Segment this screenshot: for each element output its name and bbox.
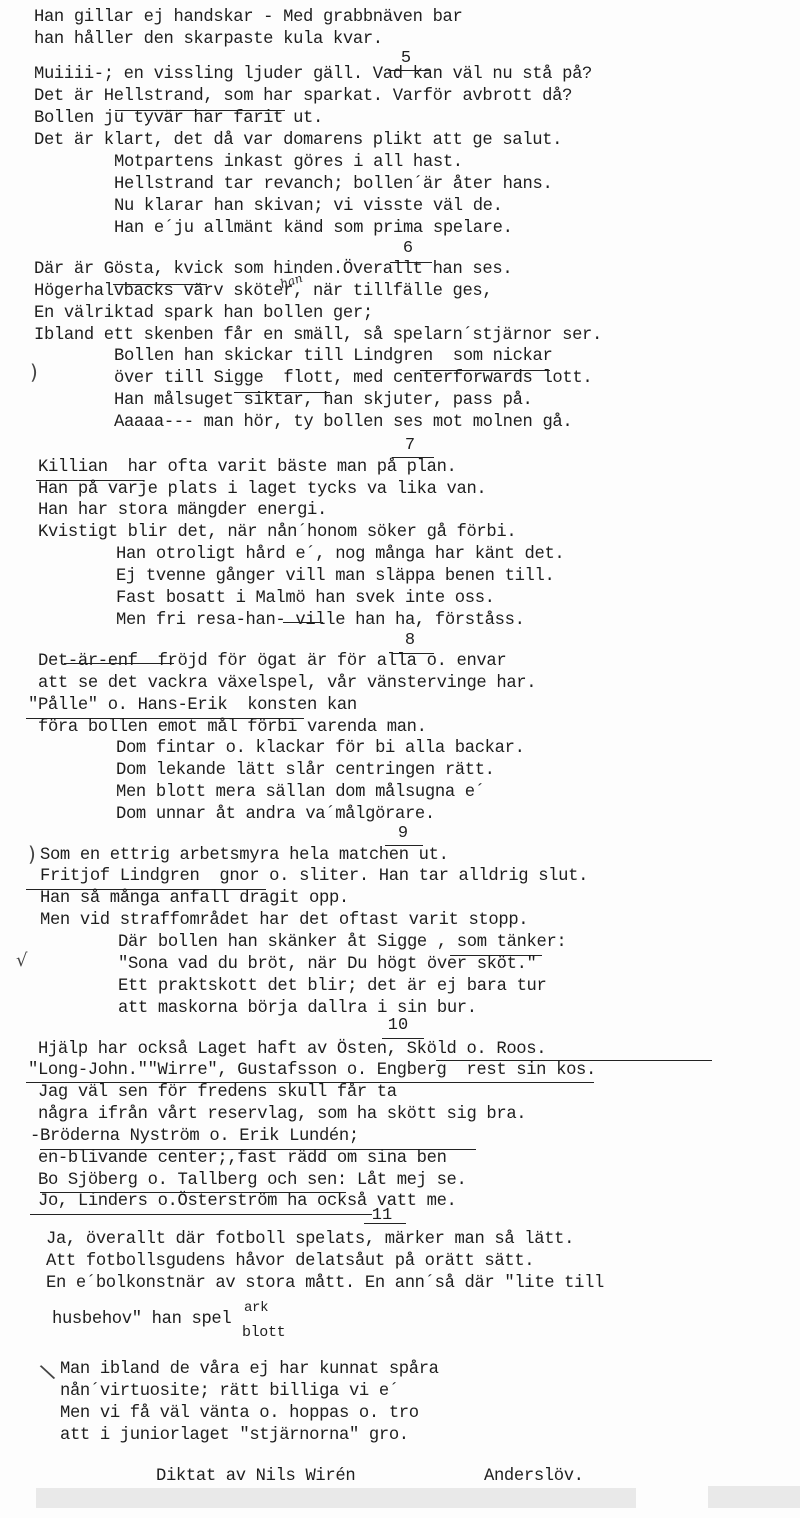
poem-line: Det är klart, det då var domarens plikt … xyxy=(34,131,562,151)
poem-line: Ja, överallt där fotboll spelats, märker… xyxy=(46,1230,574,1250)
margin-check-mark: √ xyxy=(16,950,27,971)
stanza-number: 8 xyxy=(390,632,430,650)
poem-line: -Bröderna Nyström o. Erik Lundén; xyxy=(30,1127,359,1147)
poem-line: att se det vackra växelspel, vår vänster… xyxy=(38,674,536,694)
poem-line: Bollen ju tyvär har farit ut. xyxy=(34,109,323,129)
poem-line: Att fotbollsgudens håvor delatsåut på or… xyxy=(46,1252,534,1272)
margin-pen-stroke: \ xyxy=(38,1360,57,1385)
subscript-insert: blott xyxy=(242,1323,285,1343)
poem-line: Bo Sjöberg o. Tallberg och sen: Låt mej … xyxy=(38,1171,466,1191)
poem-line: Motpartens inkast göres i all hast. xyxy=(114,153,463,173)
poem-line: Han har stora mängder energi. xyxy=(38,501,327,521)
stanza-number: 6 xyxy=(388,240,428,258)
poem-line: Ibland ett skenben får en smäll, så spel… xyxy=(34,326,602,346)
poem-line: Som en ettrig arbetsmyra hela matchen ut… xyxy=(40,846,449,866)
poem-line: Det är Hellstrand, som har sparkat. Varf… xyxy=(34,87,572,107)
poem-line: Men vid straffområdet har det oftast var… xyxy=(40,911,528,931)
poem-line: Men vi få väl vänta o. hoppas o. tro xyxy=(60,1404,419,1424)
superscript-insert: ark xyxy=(244,1298,268,1318)
poem-line: Men fri resa-han- ville han ha, förståss… xyxy=(116,611,525,631)
poem-line: "Pålle" o. Hans-Erik konsten kan xyxy=(28,696,357,716)
poem-line: Fritjof Lindgren gnor o. sliter. Han tar… xyxy=(40,867,588,887)
poem-line: Högerhalvbacks värv sköter, när tillfäll… xyxy=(34,282,492,302)
stanza-number: 10 xyxy=(378,1017,418,1035)
poem-line: att i juniorlaget "stjärnorna" gro. xyxy=(60,1426,409,1446)
stanza-number: 7 xyxy=(390,437,430,455)
poem-line: Där är Gösta, kvick som hinden.Överallt … xyxy=(34,260,512,280)
poem-line: över till Sigge flott, med centerforward… xyxy=(114,369,592,389)
poem-line: En e´bolkonstnär av stora mått. En ann´s… xyxy=(46,1274,604,1294)
poem-line: Dom unnar åt andra va´målgörare. xyxy=(116,805,435,825)
poem-line: En välriktad spark han bollen ger; xyxy=(34,304,373,324)
poem-line: Muiiii-; en vissling ljuder gäll. Vad ka… xyxy=(34,65,592,85)
margin-bracket-mark: ) xyxy=(28,842,36,866)
poem-line: Hjälp har också Laget haft av Östen, Skö… xyxy=(38,1040,546,1060)
poem-line: Dom lekande lätt slår centringen rätt. xyxy=(116,761,495,781)
poem-line: Där bollen han skänker åt Sigge , som tä… xyxy=(118,933,566,953)
poem-line: Jag väl sen för fredens skull får ta xyxy=(38,1083,397,1103)
poem-line: Killian har ofta varit bäste man på plan… xyxy=(38,458,457,478)
poem-line: föra bollen emot mål förbi varenda man. xyxy=(38,718,427,738)
poem-line: Man ibland de våra ej har kunnat spåra xyxy=(60,1360,439,1380)
poem-line: en-blivande center;,fast rädd om sina be… xyxy=(38,1149,447,1169)
poem-line: nån´virtuosite; rätt billiga vi e´ xyxy=(60,1382,399,1402)
poem-line: Han på varje plats i laget tycks va lika… xyxy=(38,480,486,500)
poem-line: Han så många anfall dragit opp. xyxy=(40,889,349,909)
poem-line: Ett praktskott det blir; det är ej bara … xyxy=(118,977,546,997)
poem-line: några ifrån vårt reservlag, som ha skött… xyxy=(38,1105,526,1125)
poem-line: Kvistigt blir det, när nån´honom söker g… xyxy=(38,523,516,543)
poem-line: husbehov" han spel xyxy=(52,1310,231,1330)
poem-line: Nu klarar han skivan; vi visste väl de. xyxy=(114,197,503,217)
poem-line: Det-är-enf fröjd för ögat är för alla o.… xyxy=(38,652,506,672)
poem-line: att maskorna börja dallra i sin bur. xyxy=(118,999,477,1019)
poem-line: Han målsuget siktar, han skjuter, pass p… xyxy=(114,391,533,411)
typewritten-page: Han gillar ej handskar - Med grabbnäven … xyxy=(0,0,800,1518)
poem-line: Ej tvenne gånger vill man släppa benen t… xyxy=(116,567,554,587)
poem-line: Fast bosatt i Malmö han svek inte oss. xyxy=(116,589,495,609)
intro-line: han håller den skarpaste kula kvar. xyxy=(34,30,383,50)
poem-line: "Sona vad du bröt, när Du högt över sköt… xyxy=(118,955,537,975)
poem-line: Bollen han skickar till Lindgren som nic… xyxy=(114,347,552,367)
poem-line: "Long-John.""Wirre", Gustafsson o. Engbe… xyxy=(28,1061,596,1081)
poem-line: Han e´ju allmänt känd som prima spelare. xyxy=(114,219,513,239)
poem-line: Men blott mera sällan dom målsugna e´ xyxy=(116,783,485,803)
signature-author: Diktat av Nils Wirén xyxy=(156,1467,355,1487)
poem-line: Aaaaa--- man hör, ty bollen ses mot moln… xyxy=(114,413,572,433)
poem-line: Hellstrand tar revanch; bollen´är åter h… xyxy=(114,175,552,195)
signature-place: Anderslöv. xyxy=(484,1467,584,1487)
poem-line: Dom fintar o. klackar för bi alla backar… xyxy=(116,739,525,759)
intro-line: Han gillar ej handskar - Med grabbnäven … xyxy=(34,8,462,28)
stanza-number: 9 xyxy=(383,825,423,843)
margin-bracket-mark: ) xyxy=(30,360,38,384)
poem-line: Han otroligt hård e´, nog många har känt… xyxy=(116,545,564,565)
